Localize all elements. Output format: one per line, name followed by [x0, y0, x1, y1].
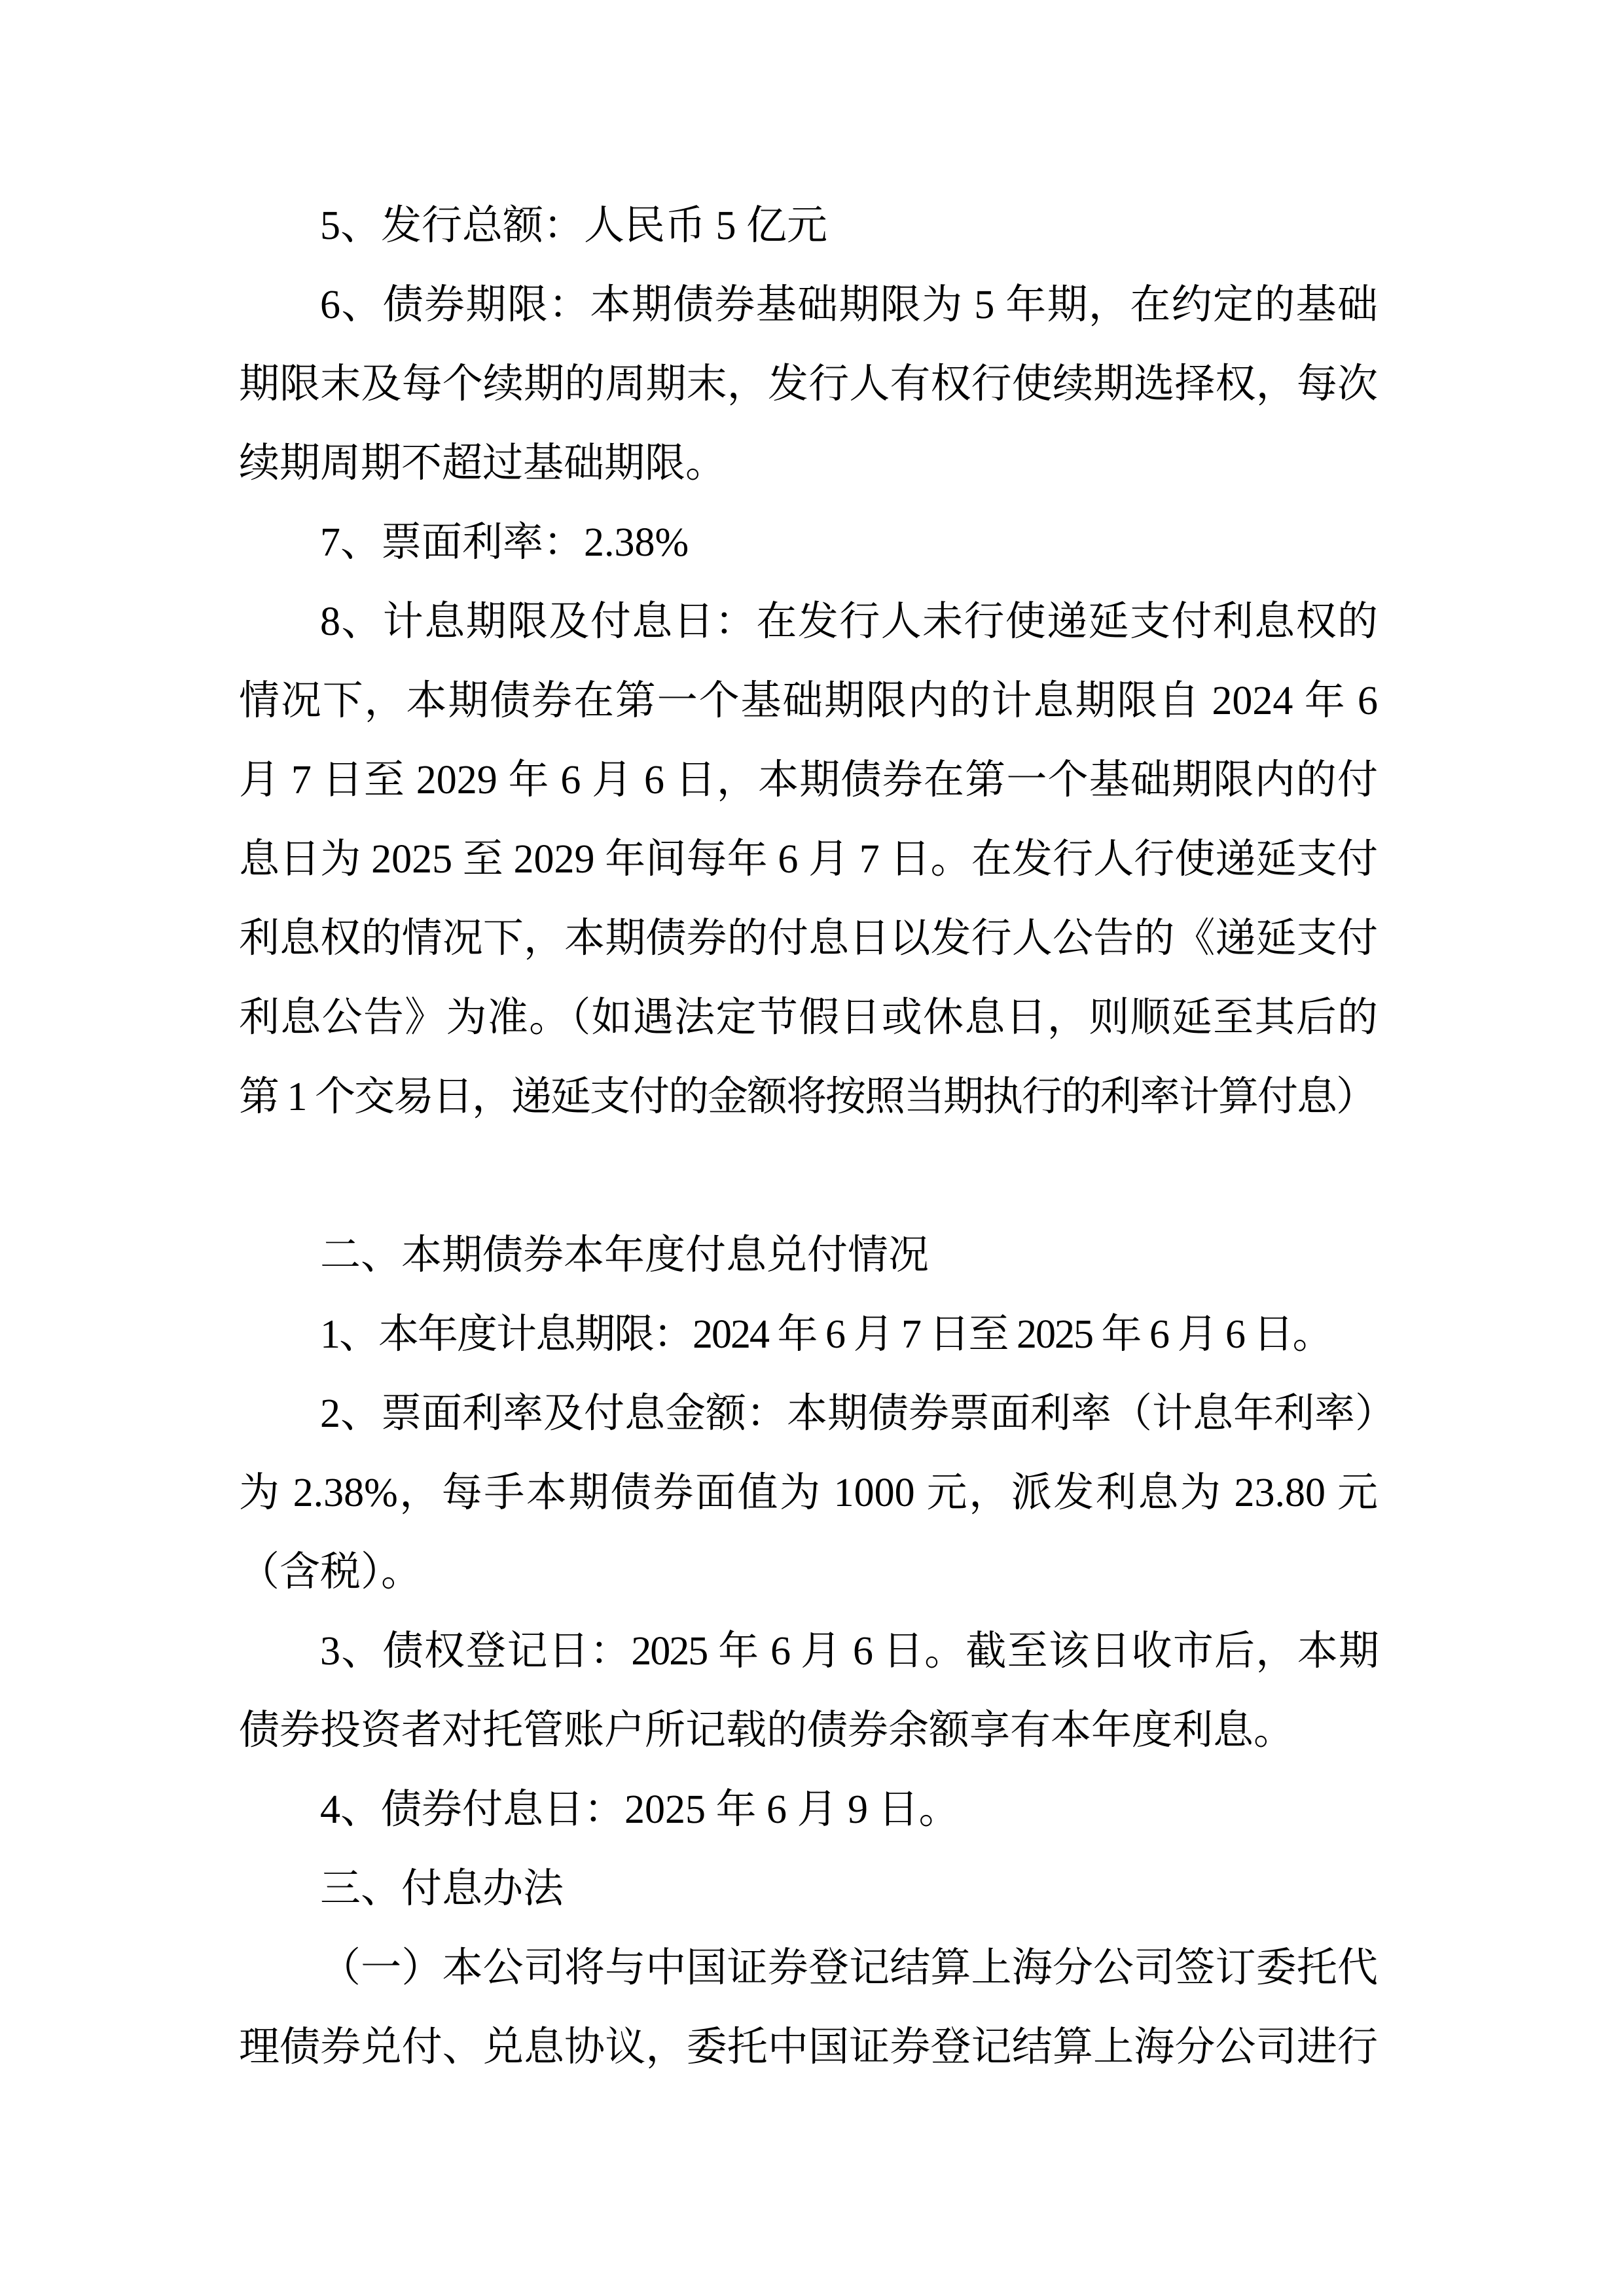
line-item5-issue-total: 5、发行总额：人民币 5 亿元	[239, 187, 1378, 266]
line-item8-interest-period-6: 利息公告》为准。（如遇法定节假日或休息日，则顺延至其后的	[239, 978, 1378, 1058]
blank-line	[239, 1137, 1378, 1216]
line-item4-payment-date: 4、债券付息日：2025 年 6 月 9 日。	[239, 1770, 1378, 1850]
line-item2-coupon-payment-3: （含税）。	[239, 1533, 1378, 1612]
document-page: 5、发行总额：人民币 5 亿元 6、债券期限：本期债券基础期限为 5 年期，在约…	[0, 0, 1624, 2296]
line-sub1-csdc-agreement-1: （一）本公司将与中国证券登记结算上海分公司签订委托代	[239, 1929, 1378, 2008]
line-item3-record-date-1: 3、债权登记日：2025 年 6 月 6 日。截至该日收市后，本期	[239, 1612, 1378, 1691]
heading-section-3: 三、付息办法	[239, 1850, 1378, 1929]
line-item8-interest-period-7: 第 1 个交易日，递延支付的金额将按照当期执行的利率计算付息）	[239, 1058, 1378, 1137]
line-item8-interest-period-1: 8、计息期限及付息日：在发行人未行使递延支付利息权的	[239, 583, 1378, 662]
line-item7-coupon-rate: 7、票面利率：2.38%	[239, 503, 1378, 583]
document-body: 5、发行总额：人民币 5 亿元 6、债券期限：本期债券基础期限为 5 年期，在约…	[239, 187, 1378, 2087]
line-item2-coupon-payment-2: 为 2.38%，每手本期债券面值为 1000 元，派发利息为 23.80 元	[239, 1454, 1378, 1533]
line-item8-interest-period-2: 情况下，本期债券在第一个基础期限内的计息期限自 2024 年 6	[239, 662, 1378, 741]
line-item8-interest-period-3: 月 7 日至 2029 年 6 月 6 日，本期债券在第一个基础期限内的付	[239, 741, 1378, 820]
line-item6-bond-term-3: 续期周期不超过基础期限。	[239, 424, 1378, 503]
line-sub1-csdc-agreement-2: 理债券兑付、兑息协议，委托中国证券登记结算上海分公司进行	[239, 2008, 1378, 2087]
line-item8-interest-period-4: 息日为 2025 至 2029 年间每年 6 月 7 日。在发行人行使递延支付	[239, 820, 1378, 899]
line-item8-interest-period-5: 利息权的情况下，本期债券的付息日以发行人公告的《递延支付	[239, 899, 1378, 978]
line-item2-coupon-payment-1: 2、票面利率及付息金额：本期债券票面利率（计息年利率）	[239, 1374, 1378, 1454]
line-item1-interest-period: 1、本年度计息期限：2024 年 6 月 7 日至 2025 年 6 月 6 日…	[239, 1295, 1378, 1374]
line-item6-bond-term-1: 6、债券期限：本期债券基础期限为 5 年期，在约定的基础	[239, 266, 1378, 345]
line-item6-bond-term-2: 期限末及每个续期的周期末，发行人有权行使续期选择权，每次	[239, 345, 1378, 424]
heading-section-2: 二、本期债券本年度付息兑付情况	[239, 1216, 1378, 1295]
line-item3-record-date-2: 债券投资者对托管账户所记载的债券余额享有本年度利息。	[239, 1691, 1378, 1770]
